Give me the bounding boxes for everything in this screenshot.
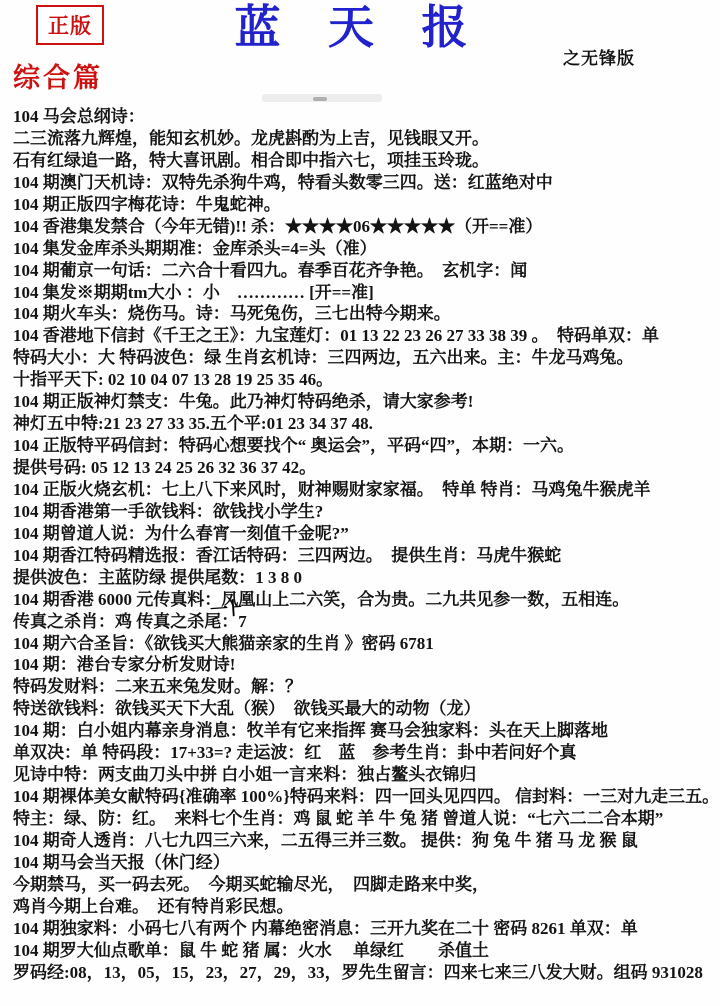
report-line: 传真之杀肖：鸡 传真之杀尾：7 bbox=[13, 611, 718, 633]
report-line: 石有红绿追一路，特大喜讯剧。相合即中指六七，项挂玉玲珑。 bbox=[13, 150, 718, 172]
report-line: 104 期马会当天报（休门经） bbox=[13, 852, 718, 874]
report-line: 特码大小：大 特码波色：绿 生肖玄机诗：三四两边，五六出来。主：牛龙马鸡兔。 bbox=[13, 347, 718, 369]
report-line: 104 期罗大仙点歌单：鼠 牛 蛇 猪 属：火水 单绿红 杀值土 bbox=[13, 940, 718, 962]
report-line: 十指平天下: 02 10 04 07 13 28 19 25 35 46。 bbox=[13, 369, 718, 391]
report-line: 104 期香港第一手欲钱料：欲钱找小学生? bbox=[13, 501, 718, 523]
report-line: 今期禁马，买一码去死。 今期买蛇输尽光， 四脚走路来中奖， bbox=[13, 874, 718, 896]
report-line: 104 集发金库杀头期期准：金库杀头=4=头（准） bbox=[13, 238, 718, 260]
report-line: 104 期正版神灯禁支：牛兔。此乃神灯特码绝杀，请大家参考! bbox=[13, 391, 718, 413]
handwritten-mark: 一⺊ bbox=[209, 594, 243, 622]
report-line: 104 期曾道人说：为什么春宵一刻值千金呢?” bbox=[13, 523, 718, 545]
report-line: 104 期葡京一句话：二六合十看四九。春季百花齐争艳。 玄机字：闻 bbox=[13, 260, 718, 282]
report-line: 鸡肖今期上台难。 还有特肖彩民想。 bbox=[13, 896, 718, 918]
report-line: 104 集发※期期tm大小 ：小 ………… [开==准] bbox=[13, 282, 718, 304]
report-line: 104 正版特平码信封：特码心想要找个“ 奥运会”，平码“四”，本期：一六。 bbox=[13, 435, 718, 457]
report-line: 单双决：单 特码段：17+33=? 走运波：红 蓝 参考生肖：卦中若问好个真 bbox=[13, 742, 718, 764]
report-line: 提供波色：主蓝防绿 提供尾数：1 3 8 0 bbox=[13, 567, 718, 589]
report-line: 特主：绿、防：红。 来料七个生肖：鸡 鼠 蛇 羊 牛 兔 猪 曾道人说：“七六二… bbox=[13, 808, 718, 830]
report-line: 104 期火车头：烧伤马。诗：马死兔伤，三七出特今期来。 bbox=[13, 303, 718, 325]
report-body: 104 马会总纲诗：二三流落九辉煌，能知玄机妙。龙虎斟酌为上吉，见钱眼又开。石有… bbox=[13, 106, 718, 984]
report-line: 罗码经:08，13，05，15，23，27，29，33，罗先生留言：四来七来三八… bbox=[13, 962, 718, 984]
report-line: 特送欲钱料：欲钱买天下大乱（猴） 欲钱买最大的动物（龙） bbox=[13, 698, 718, 720]
report-line: 104 正版火烧玄机：七上八下来风时，财神赐财家家福。 特单 特肖：马鸡兔牛猴虎… bbox=[13, 479, 718, 501]
report-line: 104 期香港 6000 元传真料：凤凰山上二六笑，合为贵。二九共见参一数，五相… bbox=[13, 589, 718, 611]
report-line: 104 期澳门天机诗：双特先杀狗牛鸡，特看头数零三四。送：红蓝绝对中 bbox=[13, 172, 718, 194]
report-line: 104 香港地下信封《千王之王》：九宝莲灯：01 13 22 23 26 27 … bbox=[13, 325, 718, 347]
report-line: 104 期独家料：小码七八有两个 内幕绝密消息：三开九奖在二十 密码 8261 … bbox=[13, 918, 718, 940]
edition-label: 之无锋版 bbox=[563, 44, 635, 69]
report-line: 提供号码: 05 12 13 24 25 26 32 36 37 42。 bbox=[13, 457, 718, 479]
newspaper-page: 正版 蓝 天 报 之无锋版 综合篇 104 马会总纲诗：二三流落九辉煌，能知玄机… bbox=[0, 0, 720, 1006]
section-heading: 综合篇 bbox=[13, 56, 103, 95]
report-line: 104 马会总纲诗： bbox=[13, 106, 718, 128]
report-line: 104 期：港台专家分析发财诗! bbox=[13, 654, 718, 676]
report-line: 104 期裸体美女献特码{准确率 100%}特码来料：四一回头见四四。 信封料：… bbox=[13, 786, 718, 808]
print-smudge-dash bbox=[313, 97, 327, 101]
report-line: 104 期：白小姐内幕亲身消息：牧羊有它来指挥 赛马会独家料：头在天上脚落地 bbox=[13, 720, 718, 742]
report-line: 神灯五中特:21 23 27 33 35.五个平:01 23 34 37 48. bbox=[13, 413, 718, 435]
report-line: 二三流落九辉煌，能知玄机妙。龙虎斟酌为上吉，见钱眼又开。 bbox=[13, 128, 718, 150]
report-line: 特码发财料：二来五来兔发财。解：？ bbox=[13, 676, 718, 698]
report-line: 104 期正版四字梅花诗：牛鬼蛇神。 bbox=[13, 194, 718, 216]
report-line: 104 期六合圣旨：《欲钱买大熊猫亲家的生肖 》密码 6781 bbox=[13, 633, 718, 655]
report-line: 104 期奇人透肖：八七九四三六来，二五得三并三数。 提供：狗 兔 牛 猪 马 … bbox=[13, 830, 718, 852]
report-line: 104 期香江特码精选报：香江话特码：三四两边。 提供生肖：马虎牛猴蛇 bbox=[13, 545, 718, 567]
report-line: 见诗中特：两支曲刀头中拼 白小姐一言来料：独占鳌头衣锦归 bbox=[13, 764, 718, 786]
report-line: 104 香港集发禁合（今年无错)!! 杀：★★★★06★★★★★（开==准） bbox=[13, 216, 718, 238]
